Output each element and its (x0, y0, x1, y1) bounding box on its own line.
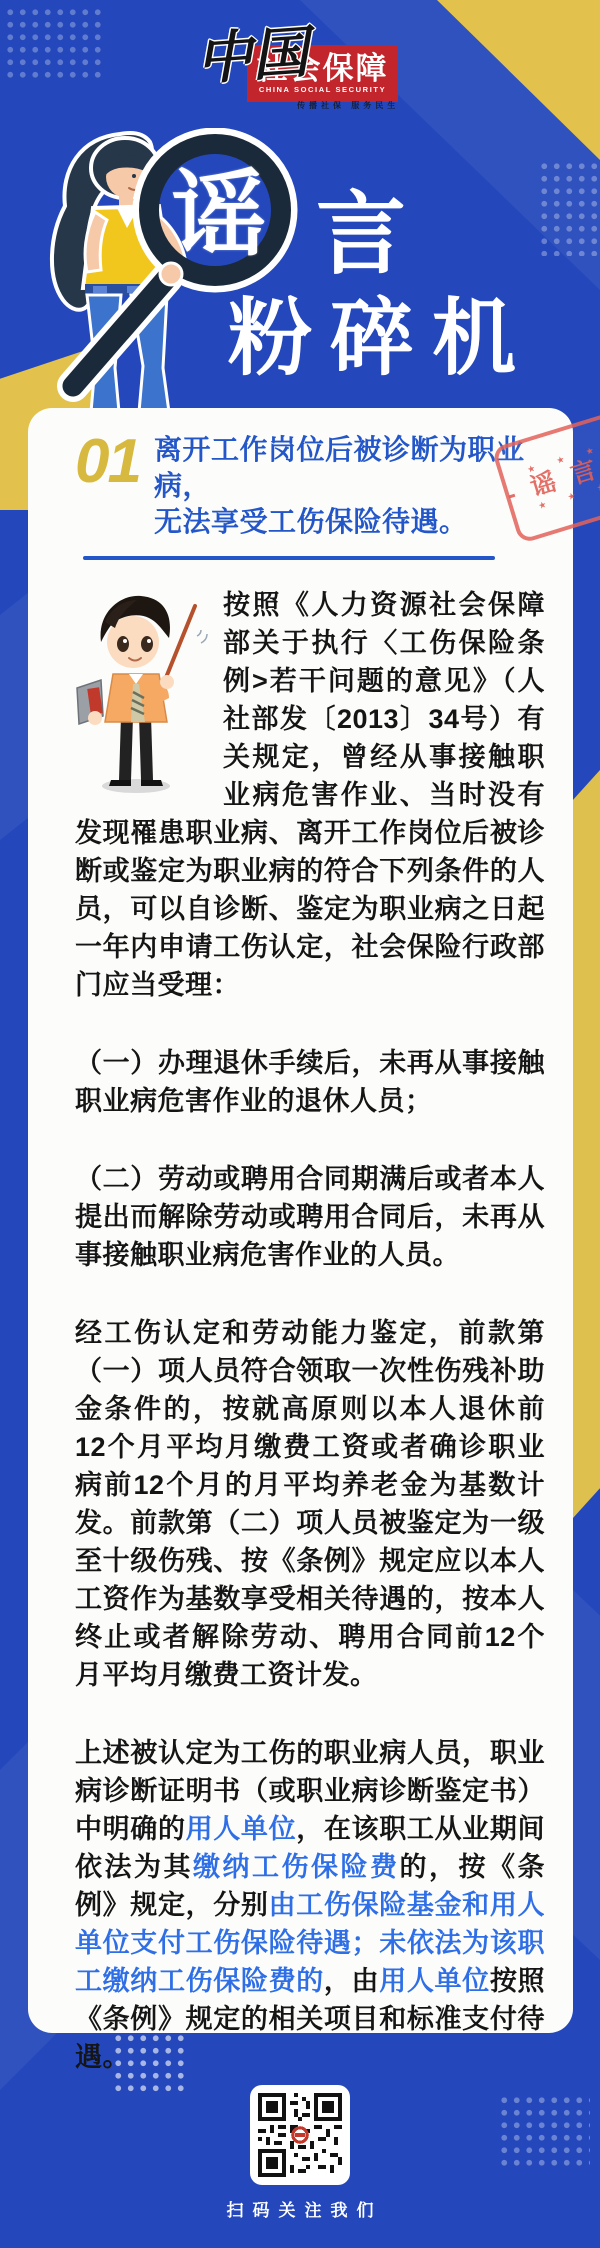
qr-code-image (258, 2093, 342, 2177)
yellow-right-band (573, 770, 600, 1518)
body-paragraph: 上述被认定为工伤的职业病人员，职业病诊断证明书（或职业病诊断鉴定书）中明确的用人… (75, 1734, 545, 2076)
dot-pattern (498, 2094, 590, 2170)
body-text-segment: （一）办理退休手续后，未再从事接触职业病危害作业的退休人员； (75, 1048, 545, 1116)
brand-calligraphy: 中国 (194, 24, 310, 88)
rumor-claim-line1: 离开工作岗位后被诊断为职业病， (154, 432, 545, 504)
brand-tagline: 传播社保 服务民生 (297, 100, 399, 111)
rumor-number: 01 (75, 434, 140, 490)
dot-pattern (4, 6, 104, 80)
highlighted-text: 用人单位 (186, 1814, 297, 1844)
rumor-claim: 离开工作岗位后被诊断为职业病， 无法享受工伤保险待遇。 (154, 432, 545, 540)
body-paragraph: 经工伤认定和劳动能力鉴定，前款第（一）项人员符合领取一次性伤残补助金条件的，按就… (75, 1314, 545, 1694)
dot-pattern (538, 160, 600, 256)
poster-root: 社会保障 CHINA SOCIAL SECURITY 中国 传播社保 服务民生 (0, 0, 600, 2248)
body-paragraph: （一）办理退休手续后，未再从事接触职业病危害作业的退休人员； (75, 1044, 545, 1120)
highlighted-text: 用人单位 (379, 1966, 490, 1996)
qr-code (250, 2085, 350, 2185)
title-word-crusher: 粉碎机 (228, 296, 534, 380)
body-text-segment: 经工伤认定和劳动能力鉴定，前款第（一）项人员符合领取一次性伤残补助金条件的，按就… (75, 1318, 545, 1690)
qr-caption: 扫码关注我们 (0, 2196, 600, 2221)
explanation-text: 按照《人力资源社会保障部关于执行〈工伤保险条例>若干问题的意见》（人社部发〔20… (75, 586, 545, 2076)
highlighted-text: 缴纳工伤保险费 (193, 1852, 400, 1882)
teacher-boy-illustration (61, 588, 211, 796)
title-char-rumor: 谣 (172, 168, 272, 262)
card-header: 01 离开工作岗位后被诊断为职业病， 无法享受工伤保险待遇。 ★ ★ ★ - 谣… (75, 430, 545, 540)
rumor-claim-line2: 无法享受工伤保险待遇。 (154, 504, 545, 540)
header-divider (83, 556, 495, 560)
body-text-segment: （二）劳动或聘用合同期满后或者本人提出而解除劳动或聘用合同后，未再从事接触职业病… (75, 1164, 545, 1270)
rumor-card: 01 离开工作岗位后被诊断为职业病， 无法享受工伤保险待遇。 ★ ★ ★ - 谣… (28, 408, 573, 2033)
body-text-segment: ，由 (324, 1966, 379, 1996)
title-char-yan: 言 (316, 190, 406, 280)
body-paragraph: （二）劳动或聘用合同期满后或者本人提出而解除劳动或聘用合同后，未再从事接触职业病… (75, 1160, 545, 1274)
